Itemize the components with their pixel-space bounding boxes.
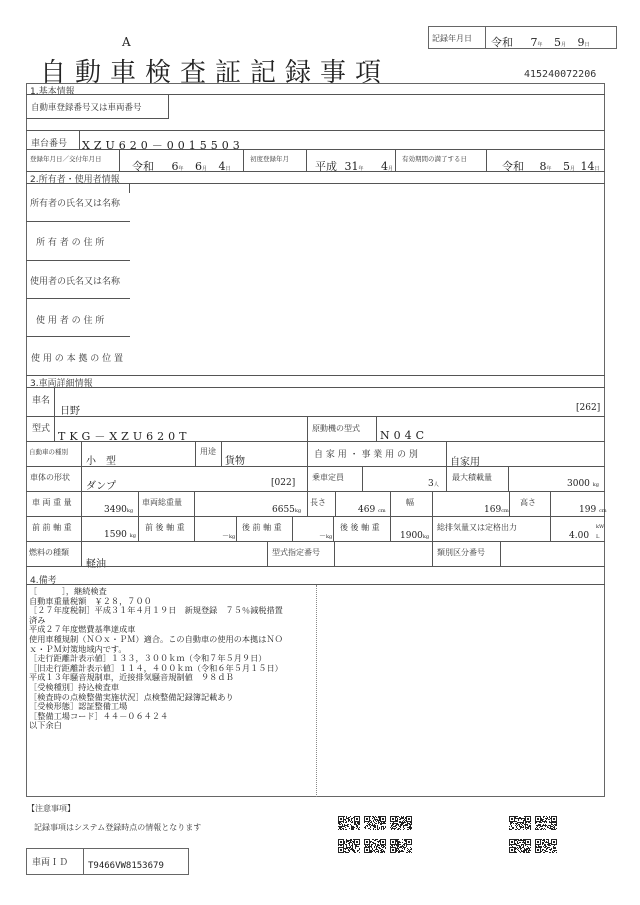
usage-value: 貨物	[225, 452, 245, 467]
record-date-box: 記録年月日 令和 7年 5月 9日	[428, 26, 617, 49]
capacity-value: 3人	[428, 479, 439, 489]
rf-axle-label: 後 前 軸 重	[242, 522, 282, 533]
width-value: 169cm	[484, 505, 509, 515]
qr-code-4	[509, 816, 531, 830]
max-load-value: 3000 kg	[567, 479, 599, 489]
rr-axle-label: 後 後 軸 重	[340, 522, 380, 533]
notes-text: 記録事項はシステム登録時点の情報となります	[34, 822, 201, 833]
height-value: 199 cm	[579, 505, 607, 515]
rf-axle-value: －kg	[319, 531, 332, 541]
max-load-label: 最大積載量	[452, 472, 492, 483]
fr-axle-value: －kg	[222, 531, 235, 541]
qr-code-3	[390, 816, 412, 830]
vehicle-weight-value: 3490kg	[104, 505, 133, 515]
width-label: 幅	[406, 497, 414, 508]
displacement-label: 総排気量又は定格出力	[437, 522, 517, 533]
rr-axle-value: 1900kg	[400, 531, 429, 541]
qr-code-5	[535, 816, 557, 830]
car-name-code: [262]	[576, 403, 600, 413]
remarks-text: ［ ］，継続検査 自動車重量税額 ￥２８，７００ ［２７年度税制］平成３１年４月…	[29, 587, 283, 731]
length-label: 長さ	[310, 497, 326, 508]
chassis-number: XZU620－0015503	[82, 137, 244, 153]
vehicle-id-label: 車両ＩＤ	[32, 855, 68, 868]
ff-axle-label: 前 前 軸 重	[32, 522, 72, 533]
reg-date-label: 登録年月日／交付年月日	[30, 154, 102, 163]
section1-heading: 1.基本情報	[30, 84, 75, 97]
first-reg-label: 初度登録年月	[250, 154, 289, 163]
body-shape-code: [022]	[271, 478, 295, 488]
vehicle-id-box: 車両ＩＤ T9466VW8153679	[26, 848, 189, 875]
record-date-value: 令和 7年 5月 9日	[491, 34, 590, 50]
capacity-label: 乗車定員	[312, 472, 344, 483]
vehicle-weight-label: 車 両 重 量	[32, 497, 72, 508]
body-shape-value: ダンプ	[86, 477, 116, 492]
body-shape-label: 車体の形状	[30, 472, 70, 483]
fuel-value: 軽油	[86, 555, 106, 570]
qr-code-8	[390, 839, 412, 853]
qr-code-2	[364, 816, 386, 830]
owner-address-label: 所 有 者 の 住 所	[36, 235, 104, 248]
qr-code-6	[338, 839, 360, 853]
liter-unit: L	[596, 534, 599, 540]
vehicle-id-value: T9466VW8153679	[88, 861, 164, 871]
qr-code-7	[364, 839, 386, 853]
base-location-label: 使 用 の 本 拠 の 位 置	[31, 351, 123, 364]
user-address-label: 使 用 者 の 住 所	[36, 313, 104, 326]
displacement-value: 4.00	[569, 531, 589, 541]
usage-label: 用途	[200, 446, 216, 457]
length-value: 469 cm	[358, 505, 386, 515]
owner-name-label: 所有者の氏名又は名称	[30, 196, 120, 209]
document-number: 415240072206	[524, 69, 596, 80]
vehicle-class-label: 自動車の種別	[29, 447, 68, 456]
kw-unit: kW	[596, 524, 604, 530]
model-label: 型式	[32, 421, 50, 434]
fr-axle-label: 前 後 軸 重	[145, 522, 185, 533]
qr-code-1	[338, 816, 360, 830]
gross-weight-value: 6655kg	[272, 505, 301, 515]
chassis-label: 車台番号	[31, 136, 67, 149]
qr-code-9	[509, 839, 531, 853]
type-designation-label: 型式指定番号	[272, 547, 320, 558]
category-label: 類別区分番号	[437, 547, 485, 558]
fuel-label: 燃料の種類	[29, 547, 69, 558]
height-label: 高さ	[520, 497, 536, 508]
record-date-label: 記録年月日	[432, 33, 472, 44]
expiry-label: 有効期間の満了する日	[402, 154, 467, 163]
user-name-label: 使用者の氏名又は名称	[30, 274, 120, 287]
private-business-label: 自 家 用 ・ 事 業 用 の 別	[314, 447, 418, 460]
qr-code-10	[535, 839, 557, 853]
ff-axle-value: 1590 kg	[104, 530, 136, 540]
engine-model-label: 原動機の型式	[312, 423, 360, 434]
corner-mark: A	[122, 35, 131, 49]
car-name: 日野	[60, 402, 80, 417]
gross-weight-label: 車両総重量	[142, 497, 182, 508]
notes-heading: 【注意事項】	[27, 803, 75, 814]
vehicle-class-value: 小 型	[86, 452, 116, 467]
car-name-label: 車名	[32, 393, 50, 406]
reg-number-label: 自動車登録番号又は車両番号	[31, 101, 142, 113]
